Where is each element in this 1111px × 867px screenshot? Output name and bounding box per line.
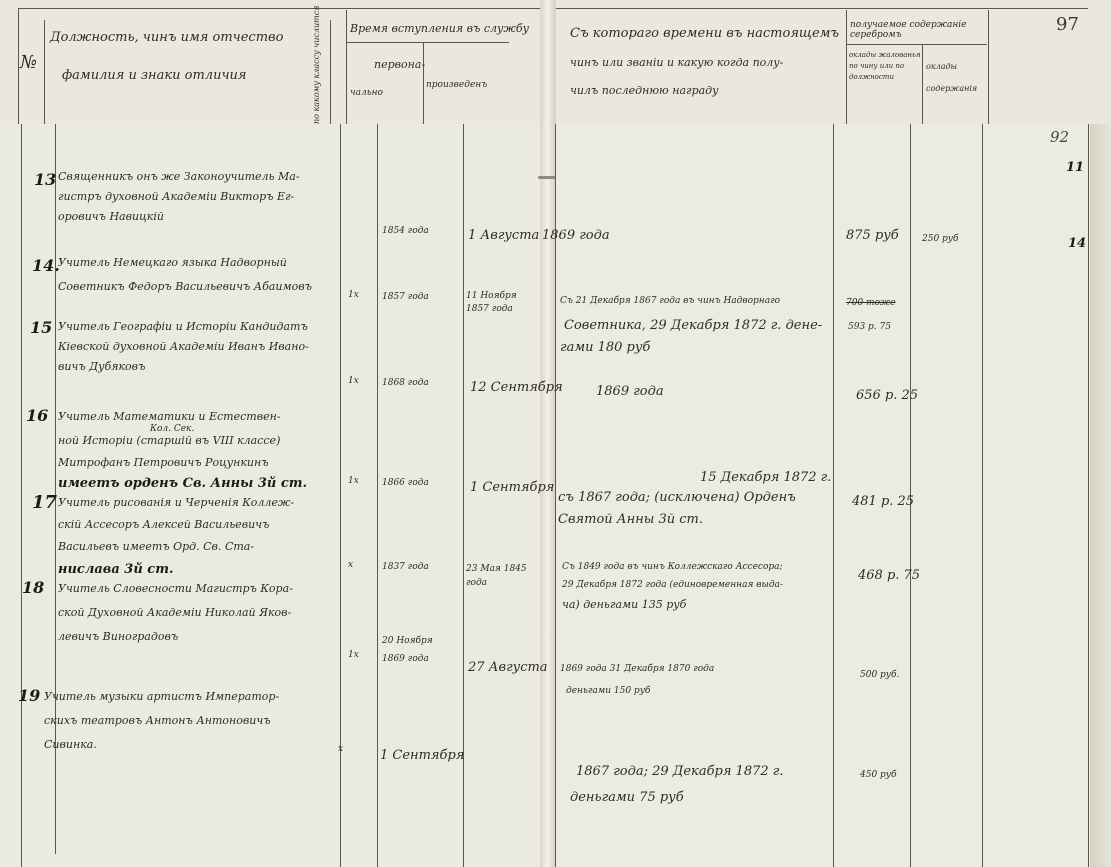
row-promoted: 23 Мая 1845 года xyxy=(466,562,536,590)
column-rule xyxy=(18,8,19,124)
row-since-line: 29 Декабря 1872 года (единовременная выд… xyxy=(562,580,783,590)
row-number: 13 xyxy=(34,170,56,189)
header-entry-promotion: произведенъ xyxy=(426,80,487,90)
row-promoted: 1 Сентября xyxy=(380,748,464,763)
row-since-line: Советника, 29 Декабря 1872 г. дене- xyxy=(564,318,822,333)
row-since-line: Съ 21 Декабря 1867 года въ чинъ Надворна… xyxy=(560,296,780,306)
row-class: 1x xyxy=(348,290,359,300)
row-name-line: Учитель Географіи и Исторіи Кандидатъ xyxy=(58,320,308,333)
row-since-line: Съ 1849 года въ чинъ Коллежскаго Ассесор… xyxy=(562,562,783,572)
column-rule xyxy=(44,20,45,124)
column-rule xyxy=(833,124,834,867)
header-entry-time: Время вступления въ службу xyxy=(350,22,529,35)
row-name-line: Учитель рисованія и Черченія Коллеж- xyxy=(58,496,294,509)
row-number: 17 xyxy=(32,492,57,513)
row-name-line: Учитель музыки артистъ Император- xyxy=(44,690,279,703)
row-name-line: Учитель Математики и Естествен- xyxy=(58,410,281,423)
row-promoted: 12 Сентября xyxy=(470,380,563,395)
row-name-line: гистръ духовной Академіи Викторъ Ег- xyxy=(58,190,294,203)
header-sub-rule xyxy=(347,42,509,43)
margin-mark: 11 xyxy=(1066,160,1084,175)
row-name-line: ной Исторіи (старшій въ VIII классе) xyxy=(58,434,280,447)
header-position-name-2: фамилия и знаки отличия xyxy=(62,68,247,83)
column-rule xyxy=(988,10,989,124)
row-first-entry: 20 Ноября 1869 года xyxy=(382,632,452,668)
column-rule xyxy=(340,124,341,867)
row-name-line: оровичъ Навицкій xyxy=(58,210,164,223)
row-first-entry: 1837 года xyxy=(382,562,429,572)
header-salary: получаемое содержаніе серебромъ xyxy=(850,20,980,40)
row-promoted: 1 Августа xyxy=(468,228,539,243)
header-sub-rule xyxy=(847,44,987,45)
row-name-line: скихъ театровъ Антонъ Антоновичъ xyxy=(44,714,271,727)
page-number-back: 97 xyxy=(1056,14,1079,35)
row-promoted: 27 Августа xyxy=(468,660,548,675)
row-first-entry: 1854 года xyxy=(382,226,429,236)
column-rule xyxy=(330,20,331,124)
row-promoted: 11 Ноября 1857 года xyxy=(466,290,536,316)
row-number: 19 xyxy=(18,686,40,705)
row-since-insert: 15 Декабря 1872 г. xyxy=(700,470,831,485)
row-name-line: Сивинка. xyxy=(44,738,97,751)
row-salary1: 500 руб. xyxy=(860,670,899,680)
row-number: 16 xyxy=(26,406,48,425)
row-since-line: ча) деньгами 135 руб xyxy=(562,598,686,611)
row-name-line: вичъ Дубяковъ xyxy=(58,360,145,373)
header-number: № xyxy=(20,52,37,73)
row-name-insert: Кол. Сек. xyxy=(150,424,194,434)
row-class: x xyxy=(348,560,353,570)
row-name-line: Васильевъ имеетъ Орд. Св. Ста- xyxy=(58,540,254,553)
header-position-name: Должность, чинъ имя отчество xyxy=(50,30,283,45)
column-rule xyxy=(346,10,347,124)
row-name-line: Кіевской духовной Академіи Иванъ Ивано- xyxy=(58,340,309,353)
row-salary1: 481 р. 25 xyxy=(852,494,914,509)
row-name-line: Священникъ онъ же Законоучитель Ма- xyxy=(58,170,300,183)
row-since-line: деньгами 150 руб xyxy=(566,686,650,696)
column-rule xyxy=(423,42,424,124)
header-salary-sub2: оклады содержанія xyxy=(926,56,986,100)
header-class-rank: по какому классу числится xyxy=(312,6,321,124)
row-name-line: Митрофанъ Петровичъ Роцункинъ xyxy=(58,456,269,469)
page-edge xyxy=(1090,124,1111,867)
row-name-line: Учитель Немецкаго языка Надворный xyxy=(58,256,287,269)
row-since-line: 1867 года; 29 Декабря 1872 г. xyxy=(576,764,783,779)
header-since-when: Съ котораго времени въ настоящемъ xyxy=(570,26,839,41)
row-number: 15 xyxy=(30,318,52,337)
row-name-line: левичъ Виноградовъ xyxy=(58,630,178,643)
row-salary1: 593 р. 75 xyxy=(848,322,891,332)
header-since-when-3: чилъ последнюю награду xyxy=(570,84,719,97)
row-since-line: съ 1867 года; (исключена) Орденъ xyxy=(558,490,796,505)
row-class: 1x xyxy=(348,650,359,660)
header-salary-sub1: оклады жалованья по чину или по должност… xyxy=(849,50,921,83)
header-entry-first: первона- xyxy=(374,58,425,71)
row-name-line: скій Ассесоръ Алексей Васильевичъ xyxy=(58,518,269,531)
row-since-line: 1869 года 31 Декабря 1870 года xyxy=(560,664,714,674)
header-since-when-2: чинъ или званіи и какую когда полу- xyxy=(570,56,783,69)
row-first-entry: 1866 года xyxy=(382,478,429,488)
row-salary1: 468 р. 75 xyxy=(858,568,920,583)
row-salary2: 250 руб xyxy=(922,234,959,244)
row-name-line: Учитель Словесности Магистръ Кора- xyxy=(58,582,293,595)
binding-stitch xyxy=(538,176,556,179)
row-salary1: 875 руб xyxy=(846,228,899,243)
row-promoted: 1 Сентября xyxy=(470,480,554,495)
column-rule xyxy=(21,124,22,867)
row-class: 1x xyxy=(348,476,359,486)
row-first-entry: 1868 года xyxy=(382,378,429,388)
row-name-line: имеетъ орденъ Св. Анны 3й ст. xyxy=(58,476,307,491)
row-since-line: деньгами 75 руб xyxy=(570,790,684,805)
column-rule xyxy=(982,124,983,867)
row-name-line: ской Духовной Академіи Николай Яков- xyxy=(58,606,291,619)
row-since-line: 1869 года xyxy=(596,384,664,399)
row-number: 18 xyxy=(22,578,44,597)
row-salary1: 656 р. 25 xyxy=(856,388,918,403)
header-entry-first-2: чально xyxy=(350,88,383,98)
column-rule xyxy=(377,124,378,867)
row-salary1-struck: 700 тоже xyxy=(846,298,896,308)
page-number-front: 92 xyxy=(1050,128,1069,146)
row-first-entry: 1857 года xyxy=(382,292,429,302)
column-rule xyxy=(846,10,847,124)
row-since-line: Святой Анны 3й ст. xyxy=(558,512,703,527)
row-since-line: гами 180 руб xyxy=(560,340,650,355)
row-class: x xyxy=(338,744,343,754)
row-name-line: Советникъ Федоръ Васильевичъ Абаимовъ xyxy=(58,280,312,293)
row-salary1: 450 руб xyxy=(860,770,897,780)
book-spine xyxy=(540,0,556,867)
column-rule xyxy=(922,44,923,124)
margin-mark: 14 xyxy=(1068,236,1086,251)
row-name-line: нислава 3й ст. xyxy=(58,562,174,577)
row-number: 14. xyxy=(32,256,60,275)
row-class: 1x xyxy=(348,376,359,386)
column-rule xyxy=(1088,124,1089,867)
row-since-line: 1869 года xyxy=(542,228,610,243)
